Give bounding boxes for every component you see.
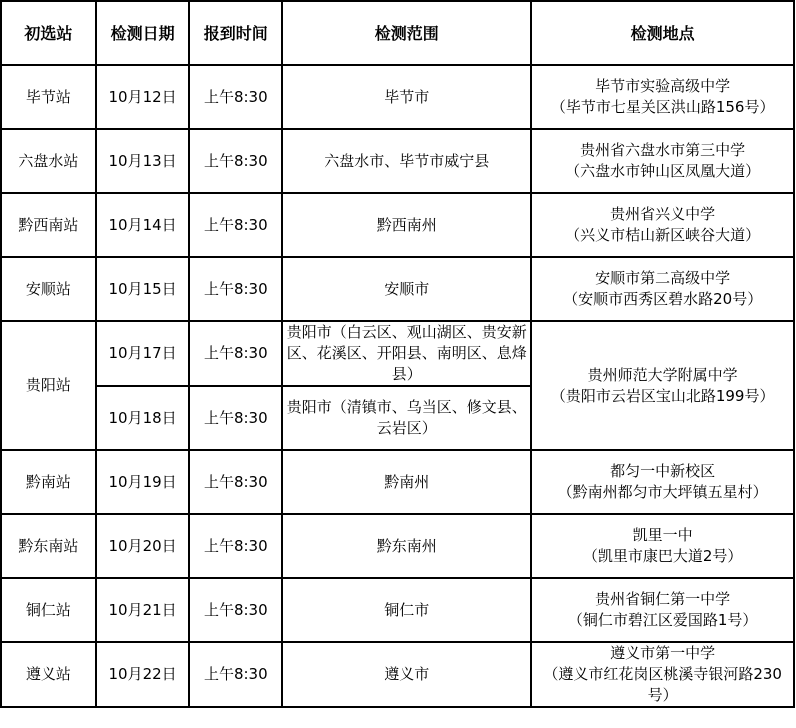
header-date: 检测日期	[96, 1, 190, 65]
place-address: （黔南州都匀市大坪镇五星村）	[535, 482, 790, 503]
place-cell: 安顺市第二高级中学（安顺市西秀区碧水路20号）	[531, 257, 794, 321]
table-row: 黔南站 10月19日 上午8:30 黔南州 都匀一中新校区（黔南州都匀市大坪镇五…	[1, 450, 794, 514]
table-row: 黔东南站 10月20日 上午8:30 黔东南州 凯里一中（凯里市康巴大道2号）	[1, 514, 794, 578]
date-cell: 10月15日	[96, 257, 190, 321]
time-cell: 上午8:30	[189, 386, 282, 450]
place-address: （毕节市七星关区洪山路156号）	[535, 97, 790, 118]
table-row: 铜仁站 10月21日 上午8:30 铜仁市 贵州省铜仁第一中学（铜仁市碧江区爱国…	[1, 578, 794, 642]
scope-cell: 遵义市	[282, 642, 531, 707]
table-row: 贵阳站 10月17日 上午8:30 贵阳市（白云区、观山湖区、贵安新区、花溪区、…	[1, 321, 794, 386]
header-scope: 检测范围	[282, 1, 531, 65]
place-address: （贵阳市云岩区宝山北路199号）	[535, 386, 790, 407]
date-cell: 10月21日	[96, 578, 190, 642]
scope-cell: 黔东南州	[282, 514, 531, 578]
header-place: 检测地点	[531, 1, 794, 65]
place-cell: 都匀一中新校区（黔南州都匀市大坪镇五星村）	[531, 450, 794, 514]
scope-cell: 贵阳市（白云区、观山湖区、贵安新区、花溪区、开阳县、南明区、息烽县）	[282, 321, 531, 386]
place-cell: 遵义市第一中学（遵义市红花岗区桃溪寺银河路230号）	[531, 642, 794, 707]
time-cell: 上午8:30	[189, 193, 282, 257]
place-name: 凯里一中	[535, 525, 790, 546]
header-row: 初选站 检测日期 报到时间 检测范围 检测地点	[1, 1, 794, 65]
table-row: 毕节站 10月12日 上午8:30 毕节市 毕节市实验高级中学（毕节市七星关区洪…	[1, 65, 794, 129]
time-cell: 上午8:30	[189, 321, 282, 386]
place-address: （兴义市桔山新区峡谷大道）	[535, 225, 790, 246]
scope-cell: 黔西南州	[282, 193, 531, 257]
place-cell: 贵州师范大学附属中学（贵阳市云岩区宝山北路199号）	[531, 321, 794, 450]
date-cell: 10月12日	[96, 65, 190, 129]
station-cell: 黔南站	[1, 450, 96, 514]
header-station: 初选站	[1, 1, 96, 65]
place-name: 贵州省铜仁第一中学	[535, 589, 790, 610]
station-cell: 安顺站	[1, 257, 96, 321]
place-address: （遵义市红花岗区桃溪寺银河路230号）	[535, 664, 790, 706]
scope-cell: 黔南州	[282, 450, 531, 514]
place-name: 贵州省六盘水市第三中学	[535, 140, 790, 161]
place-name: 都匀一中新校区	[535, 461, 790, 482]
station-cell: 黔东南站	[1, 514, 96, 578]
time-cell: 上午8:30	[189, 65, 282, 129]
table-row: 遵义站 10月22日 上午8:30 遵义市 遵义市第一中学（遵义市红花岗区桃溪寺…	[1, 642, 794, 707]
place-address: （凯里市康巴大道2号）	[535, 546, 790, 567]
date-cell: 10月20日	[96, 514, 190, 578]
scope-cell: 安顺市	[282, 257, 531, 321]
place-name: 贵州省兴义中学	[535, 204, 790, 225]
date-cell: 10月13日	[96, 129, 190, 193]
time-cell: 上午8:30	[189, 129, 282, 193]
place-name: 遵义市第一中学	[535, 643, 790, 664]
place-cell: 凯里一中（凯里市康巴大道2号）	[531, 514, 794, 578]
scope-cell: 六盘水市、毕节市威宁县	[282, 129, 531, 193]
place-cell: 贵州省兴义中学（兴义市桔山新区峡谷大道）	[531, 193, 794, 257]
station-cell: 毕节站	[1, 65, 96, 129]
station-cell: 遵义站	[1, 642, 96, 707]
place-cell: 毕节市实验高级中学（毕节市七星关区洪山路156号）	[531, 65, 794, 129]
place-name: 贵州师范大学附属中学	[535, 365, 790, 386]
place-cell: 贵州省铜仁第一中学（铜仁市碧江区爱国路1号）	[531, 578, 794, 642]
table-row: 安顺站 10月15日 上午8:30 安顺市 安顺市第二高级中学（安顺市西秀区碧水…	[1, 257, 794, 321]
date-cell: 10月19日	[96, 450, 190, 514]
place-cell: 贵州省六盘水市第三中学（六盘水市钟山区凤凰大道）	[531, 129, 794, 193]
date-cell: 10月18日	[96, 386, 190, 450]
place-address: （安顺市西秀区碧水路20号）	[535, 289, 790, 310]
station-cell: 贵阳站	[1, 321, 96, 450]
time-cell: 上午8:30	[189, 578, 282, 642]
date-cell: 10月14日	[96, 193, 190, 257]
screening-schedule-table: 初选站 检测日期 报到时间 检测范围 检测地点 毕节站 10月12日 上午8:3…	[0, 0, 795, 708]
date-cell: 10月22日	[96, 642, 190, 707]
station-cell: 铜仁站	[1, 578, 96, 642]
place-address: （铜仁市碧江区爱国路1号）	[535, 610, 790, 631]
date-cell: 10月17日	[96, 321, 190, 386]
place-name: 安顺市第二高级中学	[535, 268, 790, 289]
scope-cell: 贵阳市（清镇市、乌当区、修文县、云岩区）	[282, 386, 531, 450]
place-address: （六盘水市钟山区凤凰大道）	[535, 161, 790, 182]
time-cell: 上午8:30	[189, 257, 282, 321]
time-cell: 上午8:30	[189, 642, 282, 707]
header-time: 报到时间	[189, 1, 282, 65]
table-row: 黔西南站 10月14日 上午8:30 黔西南州 贵州省兴义中学（兴义市桔山新区峡…	[1, 193, 794, 257]
scope-cell: 铜仁市	[282, 578, 531, 642]
scope-cell: 毕节市	[282, 65, 531, 129]
time-cell: 上午8:30	[189, 450, 282, 514]
table-row: 六盘水站 10月13日 上午8:30 六盘水市、毕节市威宁县 贵州省六盘水市第三…	[1, 129, 794, 193]
time-cell: 上午8:30	[189, 514, 282, 578]
station-cell: 六盘水站	[1, 129, 96, 193]
place-name: 毕节市实验高级中学	[535, 76, 790, 97]
station-cell: 黔西南站	[1, 193, 96, 257]
